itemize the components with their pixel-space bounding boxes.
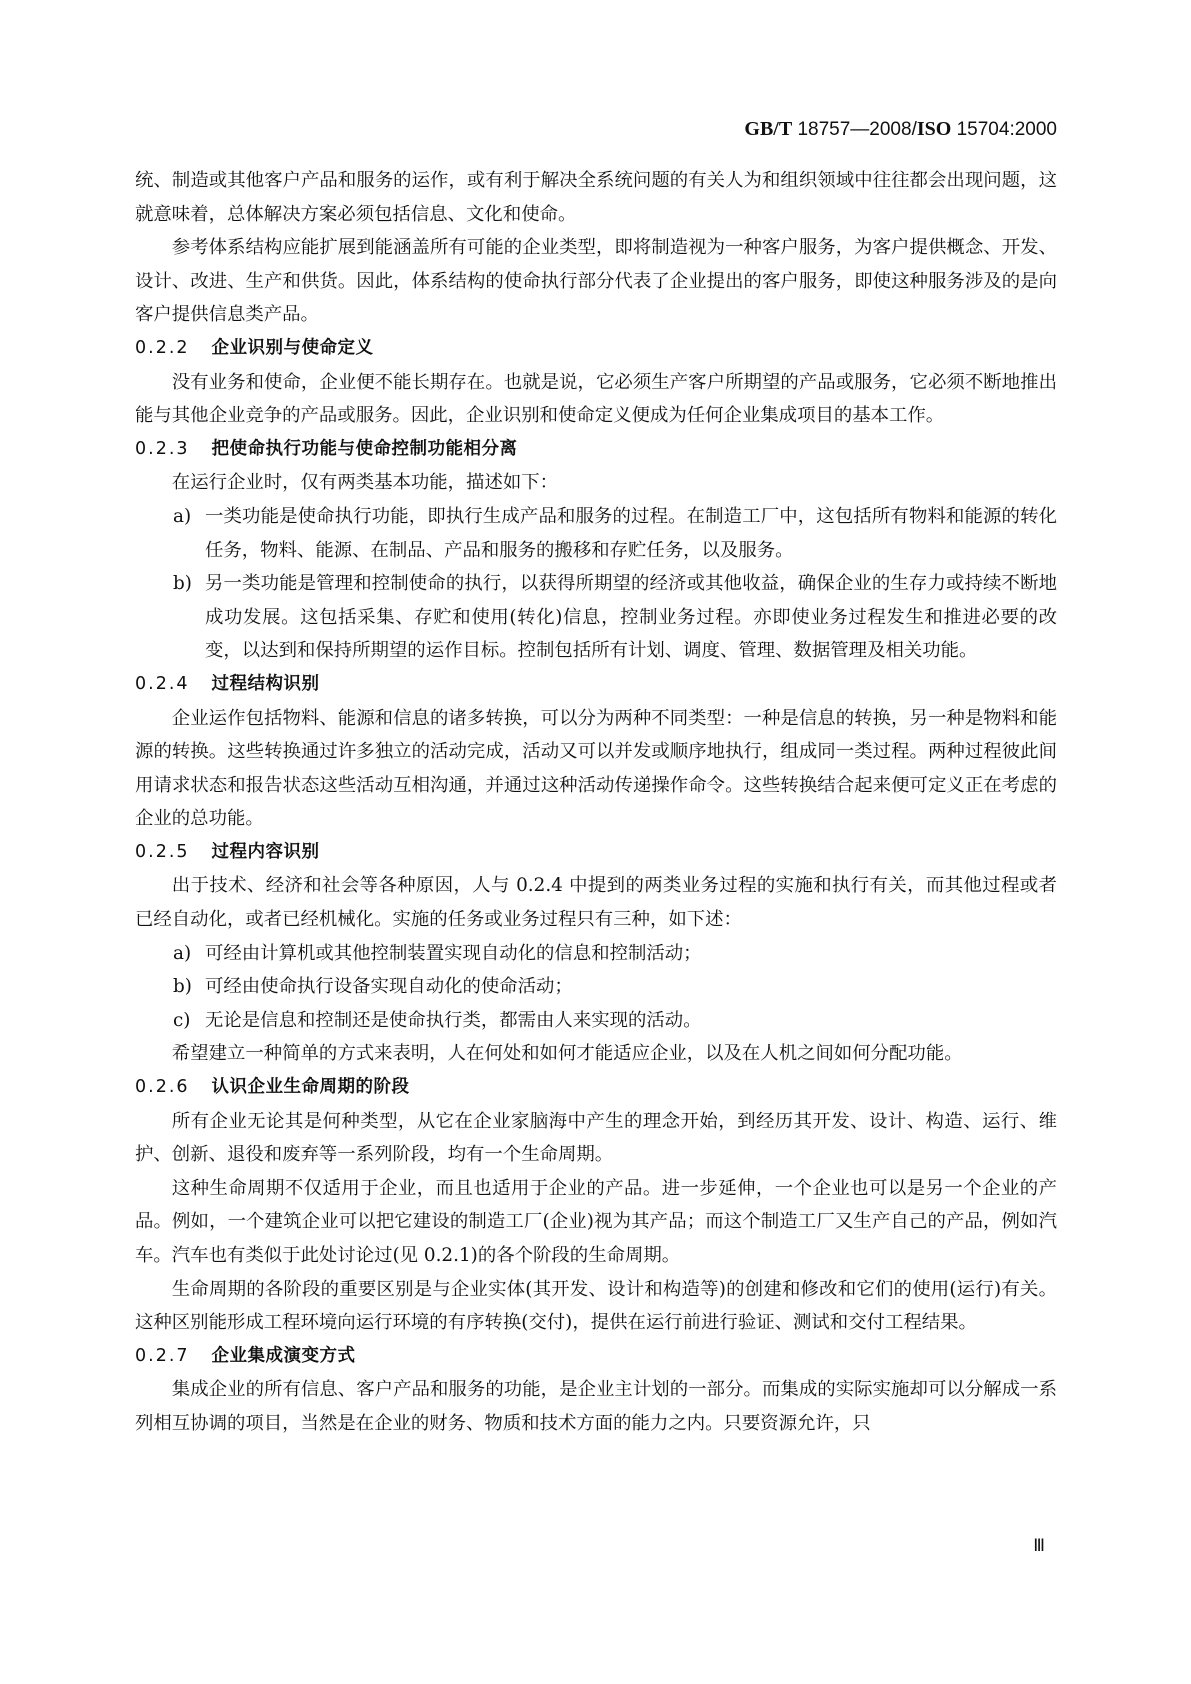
list-marker: a) (173, 500, 191, 534)
list-item: a)可经由计算机或其他控制装置实现自动化的信息和控制活动； (135, 937, 1057, 971)
section-heading-0-2-2: 0.2.2企业识别与使命定义 (135, 332, 1057, 366)
paragraph: 生命周期的各阶段的重要区别是与企业实体(其开发、设计和构造等)的创建和修改和它们… (135, 1273, 1057, 1340)
section-title: 企业识别与使命定义 (212, 338, 374, 358)
list-item-text: 一类功能是使命执行功能，即执行生成产品和服务的过程。在制造工厂中，这包括所有物料… (205, 506, 1057, 561)
section-number: 0.2.3 (135, 439, 190, 459)
list-marker: b) (173, 567, 192, 601)
section-title: 过程内容识别 (212, 842, 320, 862)
list-item: a)一类功能是使命执行功能，即执行生成产品和服务的过程。在制造工厂中，这包括所有… (135, 500, 1057, 567)
section-title: 把使命执行功能与使命控制功能相分离 (212, 439, 518, 459)
section-title: 过程结构识别 (212, 674, 320, 694)
standard-header: GB/T 18757—2008/ISO 15704:2000 (744, 118, 1057, 141)
section-number: 0.2.7 (135, 1346, 190, 1366)
section-heading-0-2-4: 0.2.4过程结构识别 (135, 668, 1057, 702)
list-item: c)无论是信息和控制还是使命执行类，都需由人来实现的活动。 (135, 1004, 1057, 1038)
section-number: 0.2.4 (135, 674, 190, 694)
iso-prefix: ISO (917, 118, 951, 140)
paragraph: 在运行企业时，仅有两类基本功能，描述如下： (135, 466, 1057, 500)
list-item-text: 无论是信息和控制还是使命执行类，都需由人来实现的活动。 (205, 1010, 702, 1031)
list-marker: c) (173, 1004, 190, 1038)
section-heading-0-2-3: 0.2.3把使命执行功能与使命控制功能相分离 (135, 433, 1057, 467)
paragraph: 参考体系结构应能扩展到能涵盖所有可能的企业类型，即将制造视为一种客户服务，为客户… (135, 231, 1057, 332)
standard-code-prefix: GB/T (744, 118, 792, 140)
paragraph: 集成企业的所有信息、客户产品和服务的功能，是企业主计划的一部分。而集成的实际实施… (135, 1373, 1057, 1440)
section-title: 认识企业生命周期的阶段 (212, 1077, 410, 1097)
standard-number: 18757—2008/ (792, 119, 917, 140)
list-item: b)可经由使命执行设备实现自动化的使命活动； (135, 970, 1057, 1004)
section-heading-0-2-5: 0.2.5过程内容识别 (135, 836, 1057, 870)
paragraph: 统、制造或其他客户产品和服务的运作，或有利于解决全系统问题的有关人为和组织领域中… (135, 164, 1057, 231)
page-number: Ⅲ (1033, 1536, 1045, 1556)
section-heading-0-2-7: 0.2.7企业集成演变方式 (135, 1340, 1057, 1374)
list-marker: a) (173, 937, 191, 971)
list-item-text: 另一类功能是管理和控制使命的执行，以获得所期望的经济或其他收益，确保企业的生存力… (205, 573, 1057, 661)
document-page: GB/T 18757—2008/ISO 15704:2000 统、制造或其他客户… (0, 0, 1191, 1684)
paragraph: 希望建立一种简单的方式来表明，人在何处和如何才能适应企业，以及在人机之间如何分配… (135, 1037, 1057, 1071)
paragraph: 出于技术、经济和社会等各种原因，人与 0.2.4 中提到的两类业务过程的实施和执… (135, 869, 1057, 936)
list-item-text: 可经由使命执行设备实现自动化的使命活动； (205, 976, 573, 997)
paragraph: 企业运作包括物料、能源和信息的诸多转换，可以分为两种不同类型：一种是信息的转换，… (135, 702, 1057, 836)
list-marker: b) (173, 970, 192, 1004)
section-title: 企业集成演变方式 (212, 1346, 356, 1366)
paragraph: 所有企业无论其是何种类型，从它在企业家脑海中产生的理念开始，到经历其开发、设计、… (135, 1105, 1057, 1172)
list-item: b)另一类功能是管理和控制使命的执行，以获得所期望的经济或其他收益，确保企业的生… (135, 567, 1057, 668)
document-body: 统、制造或其他客户产品和服务的运作，或有利于解决全系统问题的有关人为和组织领域中… (135, 164, 1057, 1441)
paragraph: 没有业务和使命，企业便不能长期存在。也就是说，它必须生产客户所期望的产品或服务，… (135, 366, 1057, 433)
section-number: 0.2.5 (135, 842, 190, 862)
iso-number: 15704:2000 (951, 119, 1057, 140)
paragraph: 这种生命周期不仅适用于企业，而且也适用于企业的产品。进一步延伸，一个企业也可以是… (135, 1172, 1057, 1273)
section-heading-0-2-6: 0.2.6认识企业生命周期的阶段 (135, 1071, 1057, 1105)
list-item-text: 可经由计算机或其他控制装置实现自动化的信息和控制活动； (205, 943, 702, 964)
section-number: 0.2.2 (135, 338, 190, 358)
section-number: 0.2.6 (135, 1077, 190, 1097)
